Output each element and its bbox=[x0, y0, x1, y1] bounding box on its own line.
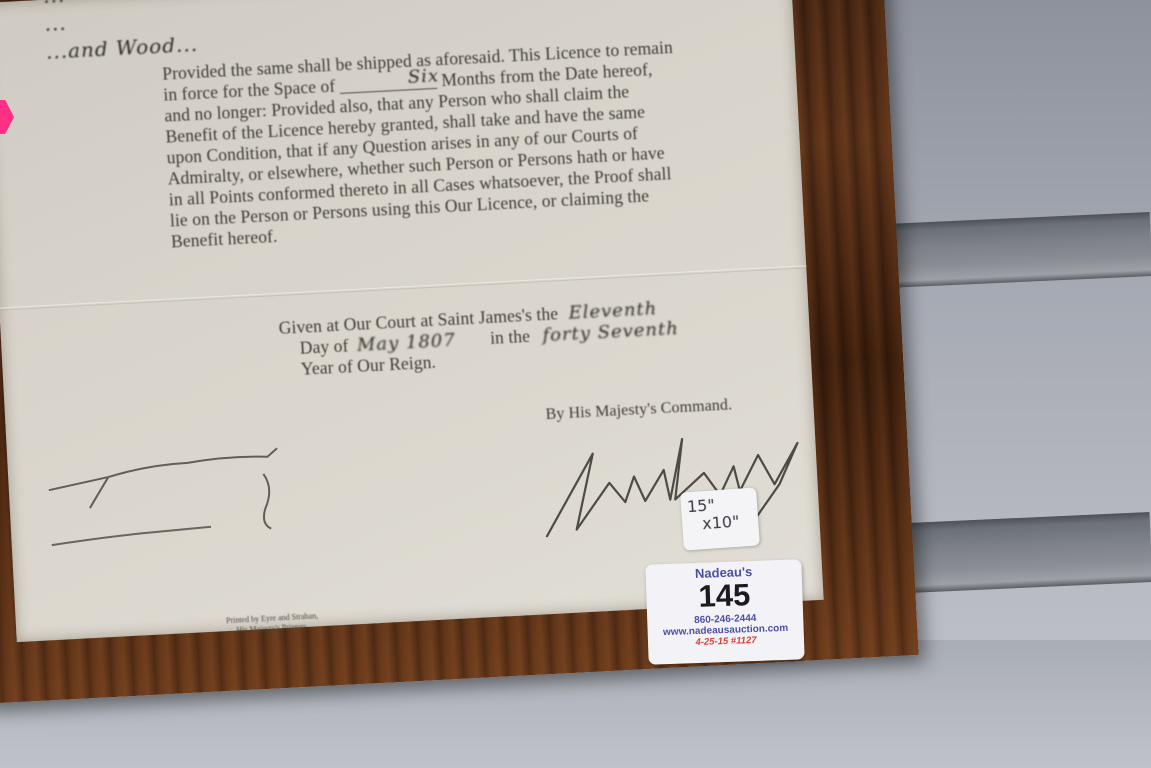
size-label-tag: 15" x10" bbox=[680, 487, 760, 550]
licence-body-text: Provided the same shall be shipped as af… bbox=[162, 32, 771, 252]
signature-icon bbox=[532, 422, 817, 547]
printer-credit: Printed by Eyre and Strahan, His Majesty… bbox=[226, 611, 319, 636]
handwritten-left-notes bbox=[6, 427, 312, 573]
auction-lot-tag: Nadeau's 145 860-246-2444 www.nadeausauc… bbox=[645, 559, 804, 664]
handwritten-header: ... ... ...and Wood... bbox=[42, 0, 198, 66]
slatwall-rail-upper bbox=[870, 212, 1151, 289]
by-command-line: By His Majesty's Command. bbox=[545, 394, 733, 425]
lot-number: 145 bbox=[646, 577, 803, 614]
given-at-court-block: Given at Our Court at Saint James's the … bbox=[278, 291, 801, 381]
handwritten-months: Six bbox=[407, 65, 439, 88]
